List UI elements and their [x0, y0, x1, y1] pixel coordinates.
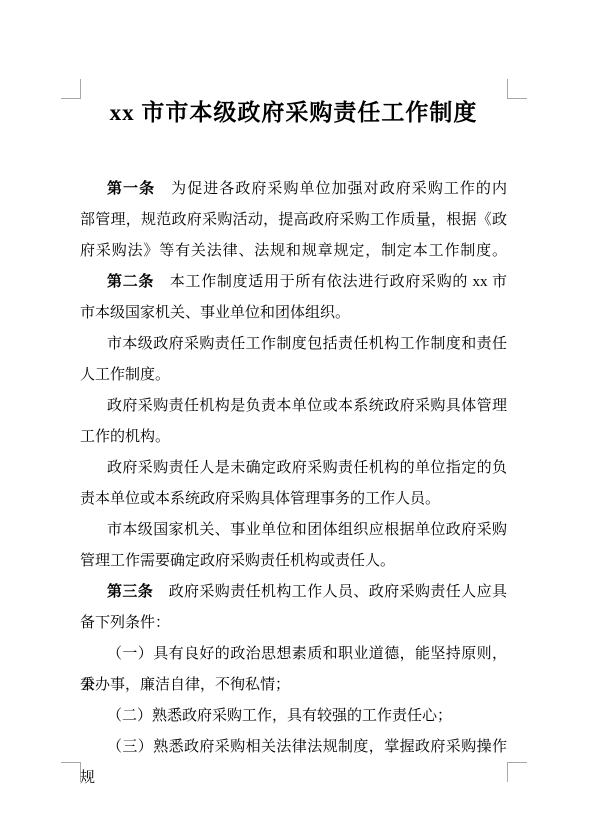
text-line: 第三条 政府采购责任机构工作人员、政府采购责任人应具 — [80, 577, 507, 608]
text-area: xx 市市本级政府采购责任工作制度 第一条 为促进各政府采购单位加强对政府采购工… — [80, 97, 507, 763]
text-line: 第一条 为促进各政府采购单位加强对政府采购工作的内 — [80, 174, 507, 205]
text-line: 管理工作需要确定政府采购责任机构或责任人。 — [80, 546, 507, 577]
text-line: 政府采购责任人是未确定政府采购责任机构的单位指定的负 — [80, 453, 507, 484]
article-number: 第三条 — [107, 584, 153, 600]
text-line: 府采购法》等有关法律、法规和规章规定，制定本工作制度。 — [80, 236, 507, 267]
text-line: （三）熟悉政府采购相关法律法规制度，掌握政府采购操作规 — [80, 732, 507, 763]
text-line: 市本级政府采购责任工作制度包括责任机构工作制度和责任 — [80, 329, 507, 360]
text-line: 公办事，廉洁自律，不徇私情； — [80, 670, 507, 701]
article-number: 第一条 — [107, 181, 155, 197]
margin-mark-top-left-icon — [61, 79, 81, 99]
text-line: 政府采购责任机构是负责本单位或本系统政府采购具体管理 — [80, 391, 507, 422]
text-line: 备下列条件： — [80, 608, 507, 639]
text-line: 工作的机构。 — [80, 422, 507, 453]
text-line: 部管理，规范政府采购活动，提高政府采购工作质量，根据《政 — [80, 205, 507, 236]
article-number: 第二条 — [107, 274, 154, 290]
document-title: xx 市市本级政府采购责任工作制度 — [80, 97, 507, 128]
text-line: （二）熟悉政府采购工作，具有较强的工作责任心； — [80, 701, 507, 732]
text-line: 市本级国家机关、事业单位和团体组织应根据单位政府采购 — [80, 515, 507, 546]
text-line: 市本级国家机关、事业单位和团体组织。 — [80, 298, 507, 329]
text-line: 责本单位或本系统政府采购具体管理事务的工作人员。 — [80, 484, 507, 515]
document-page: xx 市市本级政府采购责任工作制度 第一条 为促进各政府采购单位加强对政府采购工… — [0, 0, 592, 835]
text-line: 人工作制度。 — [80, 360, 507, 391]
text-line: 第二条 本工作制度适用于所有依法进行政府采购的 xx 市 — [80, 267, 507, 298]
document-body: 第一条 为促进各政府采购单位加强对政府采购工作的内部管理，规范政府采购活动，提高… — [80, 174, 507, 763]
margin-mark-top-right-icon — [507, 79, 527, 99]
text-line: （一）具有良好的政治思想素质和职业道德，能坚持原则，秉 — [80, 639, 507, 670]
margin-mark-bottom-right-icon — [507, 762, 527, 782]
margin-mark-bottom-left-icon — [61, 762, 81, 782]
